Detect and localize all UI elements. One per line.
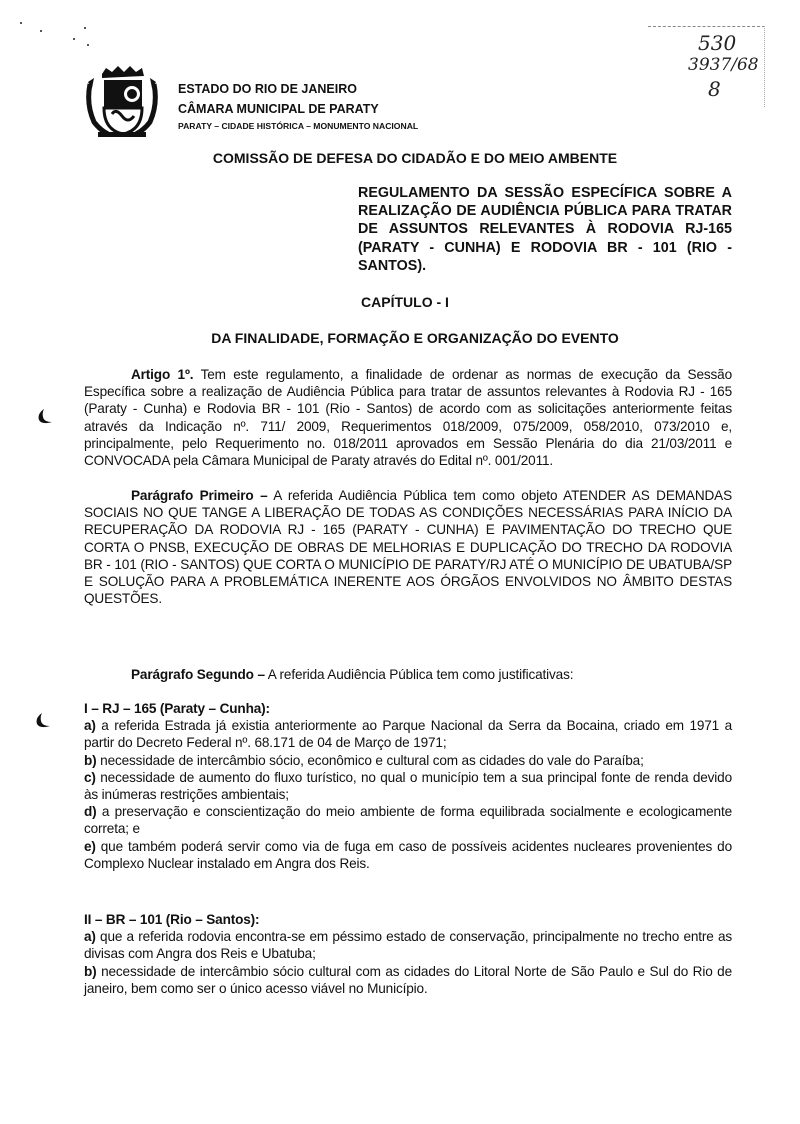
crest-icon <box>84 64 160 138</box>
list-item: e) que também poderá servir como via de … <box>84 838 732 872</box>
list-item: a) a referida Estrada já existia anterio… <box>84 717 732 751</box>
stamp-process: 3937/68 <box>688 55 759 75</box>
section-br-101: II – BR – 101 (Rio – Santos): a) que a r… <box>84 911 732 997</box>
paragraph-1-text: A referida Audiência Pública tem como ob… <box>84 488 732 606</box>
crescent-mark-icon <box>36 408 54 426</box>
article-1-label: Artigo 1º. <box>131 367 193 382</box>
stamp-page: 8 <box>708 77 721 101</box>
chapter-title: CAPÍTULO - I <box>0 294 800 310</box>
stamp-number: 530 <box>698 31 736 55</box>
scan-speck <box>87 44 89 46</box>
tagline: PARATY – CIDADE HISTÓRICA – MONUMENTO NA… <box>178 121 418 131</box>
scan-speck <box>40 30 42 32</box>
list-item: b) necessidade de intercâmbio sócio cult… <box>84 963 732 997</box>
paragraph-1-label: Parágrafo Primeiro – <box>131 488 267 503</box>
list-item: a) que a referida rodovia encontra-se em… <box>84 928 732 962</box>
list-item: b) necessidade de intercâmbio sócio, eco… <box>84 752 732 769</box>
paragraph-1: Parágrafo Primeiro – A referida Audiênci… <box>84 487 732 607</box>
article-1: Artigo 1º. Tem este regulamento, a final… <box>84 366 732 469</box>
section-2-heading: II – BR – 101 (Rio – Santos): <box>84 911 732 928</box>
chamber-name: CÂMARA MUNICIPAL DE PARATY <box>178 102 379 116</box>
crescent-mark-icon <box>34 712 52 730</box>
scan-speck <box>84 27 86 29</box>
article-1-text: Tem este regulamento, a finalidade de or… <box>84 367 732 468</box>
section-1-heading: I – RJ – 165 (Paraty – Cunha): <box>84 700 732 717</box>
chapter-subtitle: DA FINALIDADE, FORMAÇÃO E ORGANIZAÇÃO DO… <box>0 330 800 346</box>
list-item: c) necessidade de aumento do fluxo turís… <box>84 769 732 803</box>
list-item: d) a preservação e conscientização do me… <box>84 803 732 837</box>
paragraph-2: Parágrafo Segundo – A referida Audiência… <box>84 666 732 683</box>
paragraph-2-label: Parágrafo Segundo – <box>131 667 265 682</box>
scan-speck <box>20 22 22 24</box>
state-name: ESTADO DO RIO DE JANEIRO <box>178 82 357 96</box>
paragraph-2-text: A referida Audiência Pública tem como ju… <box>265 667 574 682</box>
commission-title: COMISSÃO DE DEFESA DO CIDADÃO E DO MEIO … <box>0 150 800 166</box>
section-rj-165: I – RJ – 165 (Paraty – Cunha): a) a refe… <box>84 700 732 872</box>
scan-speck <box>73 38 75 40</box>
regulation-title: REGULAMENTO DA SESSÃO ESPECÍFICA SOBRE A… <box>358 184 732 275</box>
protocol-stamp: 530 3937/68 8 <box>648 26 765 107</box>
